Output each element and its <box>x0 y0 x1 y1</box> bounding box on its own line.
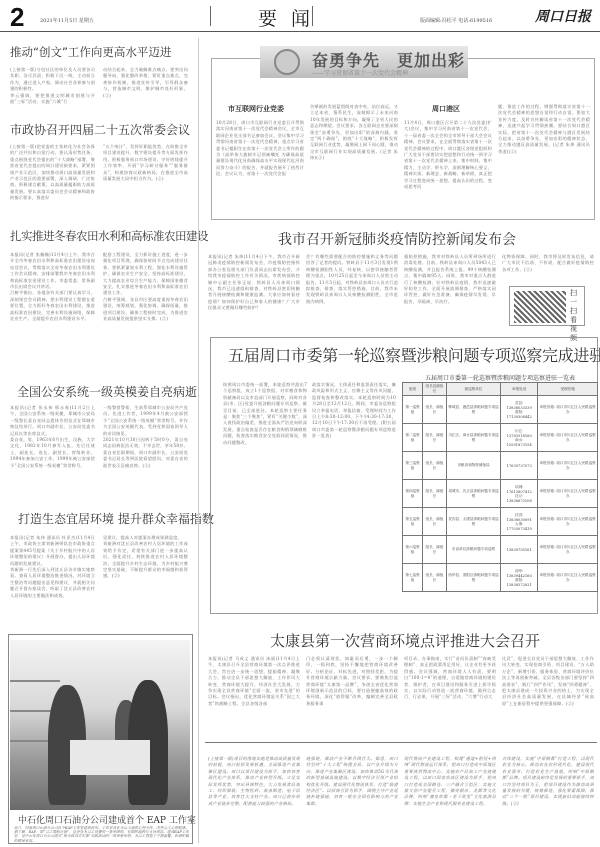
article-body: 本报讯(记者 朱炜)11月4日下午，我市召开新冠肺炎疫情防控新闻发布会，市疫情防… <box>208 254 300 328</box>
page-header: 2 2021年11月5日 星期五 要闻 版面编辑:冯松平 电话:6199516 … <box>0 0 600 32</box>
article-body: 11月4日，周口港区召开第二十九次党委(扩大)会议，集中学习河南省第十一次党代会… <box>404 120 492 215</box>
headline[interactable]: 推动“创文”工作向更高水平迈进 <box>10 44 171 60</box>
headline[interactable]: 五届周口市委第一轮巡察暨涉粮问题专项巡察完成进驻 <box>228 343 600 366</box>
article-body: 政落实情况，主体责任和监督责任落实，廉政风险和形式主义、官僚主义等作风问题，监督… <box>312 382 396 604</box>
headline[interactable]: 扎实推进冬春农田水利和高标准农田建设 <box>10 228 208 244</box>
column-divider <box>198 38 199 843</box>
divider <box>312 6 313 26</box>
table-row: 第三巡察组 组长、副组长 市粮食和物资储备局 17639737073 举报信箱:… <box>403 452 598 480</box>
section-rule <box>205 742 597 743</box>
shelf <box>10 680 60 682</box>
article-body: 题、推进工作的过程。增强贯彻落实省第十一次党代会精神的思想自觉和行动自觉。要加大… <box>498 104 590 215</box>
article-body: 配套工程建设，全力抓好施工进度，进一步强化项目管理，确保按时间节点完成建设任务，… <box>103 252 188 372</box>
article-body: “五个统计”，发挥好职能优势，在助推全市项目建设提升、数字建设提升等方面发挥作用… <box>103 144 188 219</box>
table-row: 第二巡察组 组长、副组长 川汇区、商水县涉粮问题专项巡察 川汇: 1378351… <box>403 424 598 452</box>
article-body: 本报讯(记者 张楠楠)11月4日上午，我市召开全市冬春农田水利和高标准农田建设电… <box>10 252 95 372</box>
table-row: 第五巡察组 组长、副组长 扶沟县、太康县涉粮问题专项巡察 扶沟: 1383803… <box>403 508 598 536</box>
qr-code-icon[interactable] <box>514 291 566 323</box>
article-body: (上接第一版)把党委的主张转化为社会各界的广泛共识和自觉行动。要认清形势任务，重… <box>10 144 95 219</box>
headline[interactable]: 全国公安系统一级英模姜自亮病逝 <box>17 383 197 400</box>
inspection-table: 组别 组长及副组长 被巡察单位 举报电话 受理信箱 第一巡察组 组长、副组长 郸… <box>402 382 598 592</box>
qr-code-box[interactable]: 扫一扫看视频 <box>509 286 585 326</box>
table-header: 组别 <box>403 383 423 396</box>
subhead[interactable]: 周口港区 <box>432 104 460 114</box>
headline[interactable]: 市政协召开四届二十五次常委会议 <box>10 121 190 138</box>
article-body: 比武”，促进全县党员干部思想大解放、工作作风大转变，实现招商引资、项目建设、“万… <box>502 656 594 734</box>
headline[interactable]: 我市召开新冠肺炎疫情防控新闻发布会 <box>278 229 516 249</box>
table-row: 第四巡察组 组长、副组长 项城市、沈丘县涉粮问题专项巡察 项城: 1761380… <box>403 480 598 508</box>
table-row: 第六巡察组 组长、副组长 市直单位涉粮问题专项巡察 13839755161 举报… <box>403 536 598 564</box>
article-body: 按照周口市委统一部署，本轮巡察共派出7个巡察组，成立1个巡察组，对市粮食和物资储… <box>223 382 307 604</box>
article-body: 化物资保障。同时，我市将及时发布信息，请广大市民不信谣、不传谣，配合做好疫情防控… <box>502 254 594 278</box>
photo-caption: 近日，河南周口石油分公司首个EAP工作室建成投用。工作室旨在为员工提供心理关怀，… <box>14 826 189 842</box>
divider <box>210 6 211 26</box>
headline[interactable]: 太康县第一次营商环境点评推进大会召开 <box>270 630 540 651</box>
article-body: 合体建设，实施“中原粮都”打造工程，以现代农业为核心，推动农业农村现代化，建设现… <box>502 756 594 844</box>
table-row: 第一巡察组 组长、副组长 郸城县、鹿邑县涉粮问题专项巡察 武县: 1383803… <box>403 396 598 424</box>
article-body: 本报讯(记者 朱炜 通讯员 杜亚杰)11月4日上午，市政协主席刘新洲带队赴市政协… <box>10 535 95 625</box>
issue-date: 2021年11月5日 星期五 <box>40 17 94 24</box>
article-body: 一级警督警衔，生前系郑城市公安局共产党员。先进工作者，1999年4月被公安部授予… <box>103 405 188 491</box>
article-body: 门必须认清现状，知耻而后勇，一步一个脚印，一抓到底，坚持不懈地把营商环境改善好。… <box>306 656 398 734</box>
feature-banner: 奋勇争先 更加出彩 ——学习贯彻省第十一次党代会精神 <box>260 46 468 78</box>
article-body: 本报讯(记者 马成义 通讯员 冰丽)11月4日上午，太康县召开全县营商环境第一次… <box>208 656 300 734</box>
page-number: 2 <box>10 2 24 33</box>
editor-credit: 版面编辑:冯松平 电话:6199516 <box>420 17 492 24</box>
section-title: 要闻 <box>258 4 324 31</box>
news-photo[interactable] <box>10 640 190 810</box>
article-body: 链强链，推动产业不断升级壮大。据悉，周口将坚持“十大工程”统揽全局，以产业升级为… <box>306 756 398 844</box>
table-header: 举报电话 <box>501 383 538 396</box>
article-body: (上接第一版)分包社区的单位及人员要各司其职、各尽其责，积极下沉一线，主动担当作… <box>10 67 95 109</box>
article-body: 现代物流产业建设工程，构建“通道+枢纽+网络”现代物流运行体系，把周口打造成中原… <box>404 756 496 844</box>
photo-headline[interactable]: 中石化周口石油分公司建成首个 EAP 工作室 <box>18 813 196 826</box>
table-row: 第七巡察组 组长、副组长 西华县、淮阳区涉粮问题专项巡察 西华: 1383944… <box>403 564 598 592</box>
article-body: 告擘画的发展蓝图既对表中央，站位高远，又立足本省，情系民生，深刻揭示了未来河南1… <box>310 104 398 215</box>
article-body: 见建议，提高人对提案办理成果满意度。刘新洲对沈丘县改善农村人居环境的工作成效给予… <box>103 535 188 625</box>
article-body: 项目录，办事指南，实行“首问负责制”“容缺受理制”，真正把政策用足用好，让企业有… <box>404 656 496 734</box>
table-header: 组长及副组长 <box>423 383 447 396</box>
article-body: 会？有哪些需要配合的防控措施和义务等问题回答了记者的提问。铁岭县于11月3日发现… <box>306 254 398 328</box>
display-table <box>70 740 150 775</box>
qr-label: 扫一扫看视频 <box>570 289 580 343</box>
table-header: 受理信箱 <box>538 383 598 396</box>
article-body: 强防控措施，我市对铁岭县人员所到场所进行消毒处理。目前，铁岭县来周口人员5043… <box>404 254 496 328</box>
subhead[interactable]: 市互联网行业党委 <box>228 104 284 114</box>
table-title: 五届周口市委第一轮巡察暨涉粮问题专项巡察进驻一览表 <box>402 373 598 382</box>
table-header: 被巡察单位 <box>446 383 500 396</box>
banner-subtitle: ——学习贯彻省第十一次党代会精神 <box>312 68 408 77</box>
article-body: (上接第一版)项目的落地实施是推动高质量发展的前提，周口抢抓发展机遇，全面推进产… <box>208 756 300 844</box>
article-body: 动结合起来，全力破解难点痛点。要突出问题导向，强化整改举措，紧盯重点难点，完善协… <box>103 67 188 109</box>
party-emblem-icon <box>274 49 300 75</box>
headline[interactable]: 打造生态宜居环境 提升群众幸福指数 <box>18 510 214 527</box>
article-body: 本报讯(记者 张永伟 邢永春)11月2日上午，全国公安系统一级英模、郑城市公安局… <box>10 405 95 491</box>
masthead-logo: 周口日报 <box>535 6 591 26</box>
article-body: 10月28日，周口市互联网行业党委召开贯彻落实河南省第十一次党代会精神会议，全市… <box>216 120 304 215</box>
